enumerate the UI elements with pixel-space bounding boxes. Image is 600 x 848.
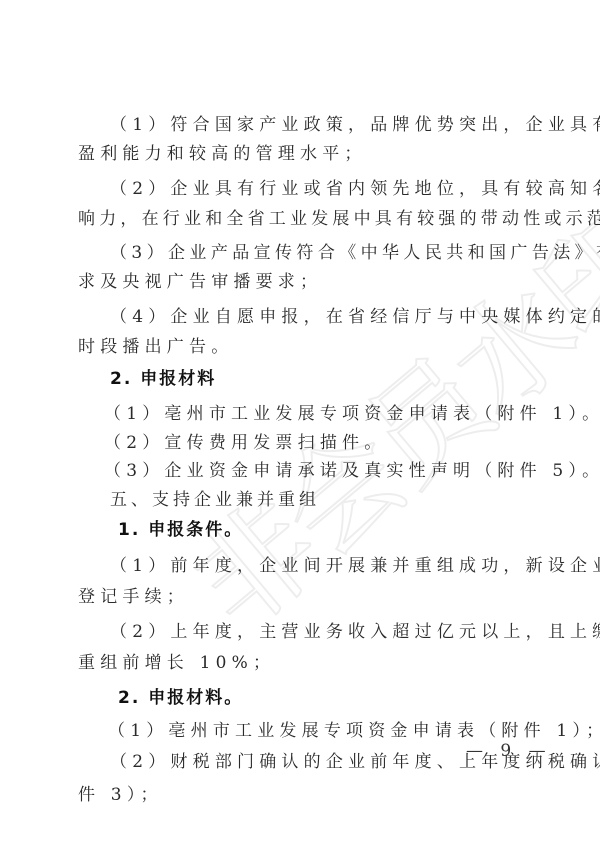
paragraph-line: （1）前年度，企业间开展兼并重组成功，新设企业已办理 <box>110 551 600 581</box>
paragraph-line: 时段播出广告。 <box>78 332 233 362</box>
paragraph-line: 重组前增长 10%； <box>78 648 275 678</box>
document-page: 非会员水印 （1）符合国家产业政策，品牌优势突出，企业具有较强的 盈利能力和较高… <box>0 0 600 848</box>
section-heading: 五、支持企业兼并重组 <box>110 485 320 515</box>
page-number: — 9 — <box>466 738 552 764</box>
subsection-heading: 2. 申报材料。 <box>118 683 243 713</box>
list-item: （3）企业资金申请承诺及真实性声明（附件 5）。 <box>104 456 600 486</box>
list-item: （2）宣传费用发票扫描件。 <box>104 428 386 458</box>
subsection-heading: 2. 申报材料 <box>110 364 216 394</box>
list-item: （1）亳州市工业发展专项资金申请表（附件 1）。 <box>104 399 600 429</box>
paragraph-line: 求及央视广告审播要求； <box>78 267 322 297</box>
paragraph-line: （4）企业自愿申报，在省经信厅与中央媒体约定的栏目、 <box>110 302 600 332</box>
subsection-heading: 1. 申报条件。 <box>118 515 243 545</box>
paragraph-line: 盈利能力和较高的管理水平； <box>78 139 367 169</box>
paragraph-line: 件 3）； <box>78 780 163 810</box>
paragraph-line: （3）企业产品宣传符合《中华人民共和国广告法》有关要 <box>110 238 600 268</box>
paragraph-line: （2）上年度，主营业务收入超过亿元以上，且上缴税收比 <box>110 617 600 647</box>
paragraph-line: 登记手续； <box>78 582 189 612</box>
paragraph-line: （2）企业具有行业或省内领先地位，具有较高知名度和影 <box>110 174 600 204</box>
paragraph-line: 响力，在行业和全省工业发展中具有较强的带动性或示范性； <box>78 204 600 234</box>
paragraph-line: （1）符合国家产业政策，品牌优势突出，企业具有较强的 <box>110 110 600 140</box>
